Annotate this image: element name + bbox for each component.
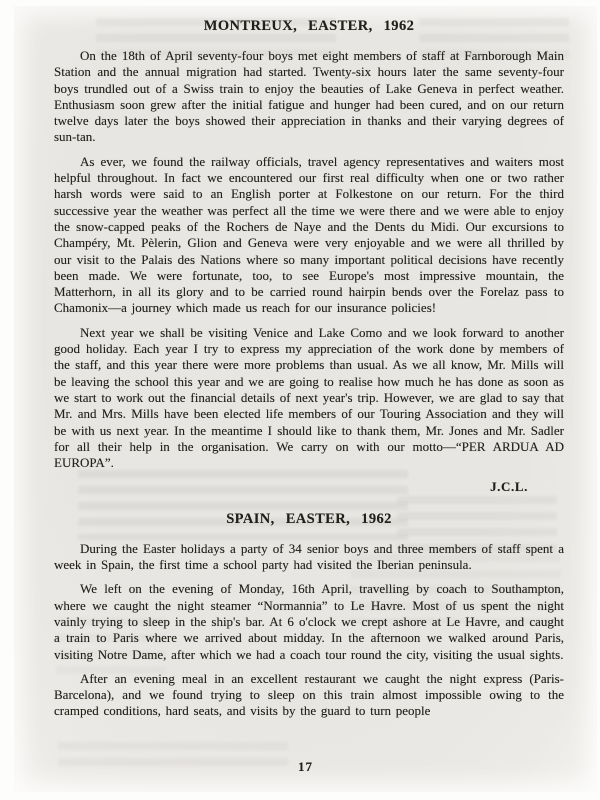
article-paragraph: We left on the evening of Monday, 16th A…	[54, 581, 564, 662]
article-paragraph: Next year we shall be visiting Venice an…	[54, 325, 564, 472]
article-title: SPAIN, EASTER, 1962	[54, 511, 564, 528]
paper-background: MONTREUX, EASTER, 1962 On the 18th of Ap…	[14, 6, 597, 792]
page-content: MONTREUX, EASTER, 1962 On the 18th of Ap…	[14, 6, 597, 792]
scanned-magazine-page: MONTREUX, EASTER, 1962 On the 18th of Ap…	[0, 0, 600, 800]
article-paragraph: As ever, we found the railway officials,…	[54, 154, 564, 317]
author-initials: J.C.L.	[54, 479, 564, 495]
article-paragraph: During the Easter holidays a party of 34…	[54, 541, 564, 574]
article-spain: SPAIN, EASTER, 1962 During the Easter ho…	[54, 511, 564, 720]
article-montreux: MONTREUX, EASTER, 1962 On the 18th of Ap…	[54, 18, 564, 496]
article-paragraph: On the 18th of April seventy-four boys m…	[54, 48, 564, 146]
article-title: MONTREUX, EASTER, 1962	[54, 18, 564, 35]
article-paragraph: After an evening meal in an excellent re…	[54, 671, 564, 720]
page-number: 17	[14, 759, 597, 775]
